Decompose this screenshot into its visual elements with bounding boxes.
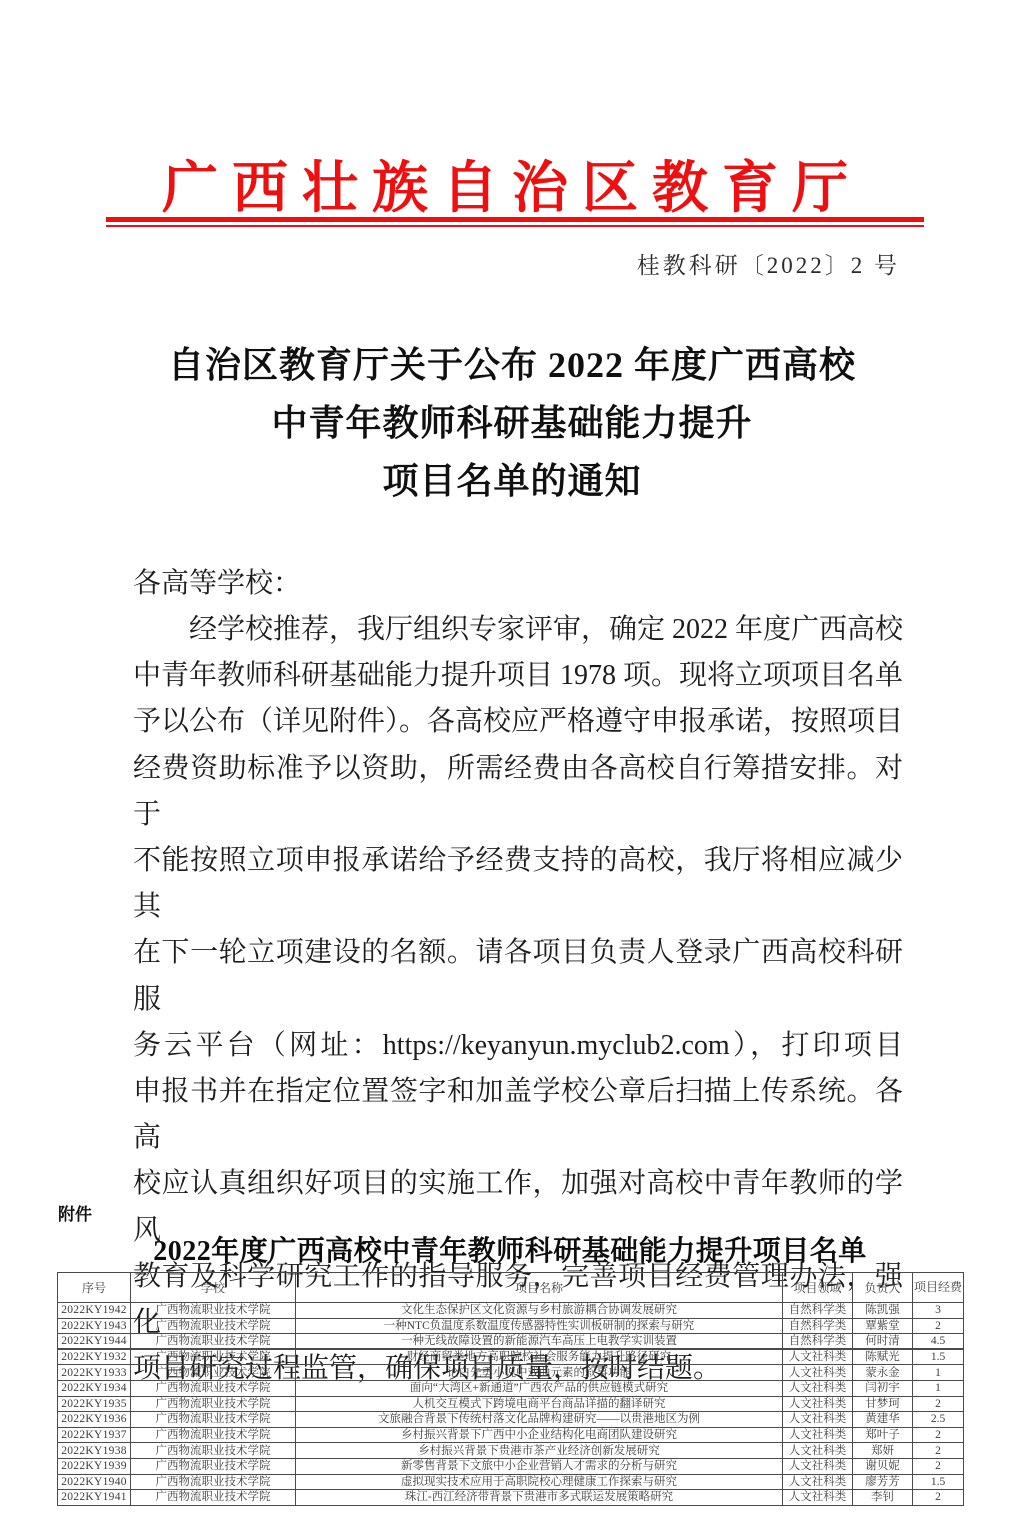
cell-school: 广西物流职业技术学院: [131, 1490, 296, 1506]
cell-project-field: 人文社科类: [783, 1458, 853, 1474]
cell-school: 广西物流职业技术学院: [131, 1349, 296, 1365]
cell-leader: 黄建华: [853, 1412, 913, 1428]
cell-project-field: 人文社科类: [783, 1412, 853, 1428]
body-line: 予以公布（详见附件）。各高校应严格遵守申报承诺，按照项目: [133, 699, 903, 745]
cell-project-code: 2022KY1937: [58, 1427, 131, 1443]
table-row: 2022KY1934广西物流职业技术学院面向“大湾区+新通道”广西农产品的供应链…: [58, 1380, 964, 1396]
table-row: 2022KY1932广西物流职业技术学院财经商贸类地方高职院校社会服务能力提升路…: [58, 1349, 964, 1365]
cell-fund: 2: [913, 1490, 964, 1506]
cell-project-name: 一种无线故障设置的新能源汽车高压上电教学实训装置: [296, 1334, 783, 1350]
cell-project-name: 面向“大湾区+新通道”广西农产品的供应链模式研究: [296, 1380, 783, 1396]
table-body: 2022KY1942广西物流职业技术学院文化生态保护区文化资源与乡村旅游耦合协调…: [58, 1303, 964, 1506]
cell-project-code: 2022KY1934: [58, 1380, 131, 1396]
cell-project-code: 2022KY1942: [58, 1303, 131, 1319]
body-line: 在下一轮立项建设的名额。请各项目负责人登录广西高校科研服: [133, 930, 903, 1022]
table-header-row: 序号 学校 项目名称 项目领域 负责人 项目经费 （万元）: [58, 1273, 964, 1303]
body-line: 申报书并在指定位置签字和加盖学校公章后扫描上传系统。各高: [133, 1069, 903, 1161]
cell-project-field: 人文社科类: [783, 1380, 853, 1396]
cell-school: 广西物流职业技术学院: [131, 1412, 296, 1428]
table-row: 2022KY1933广西物流职业技术学院论白先勇小说中戏曲元素的叙事功能人文社科…: [58, 1365, 964, 1381]
cell-project-field: 人文社科类: [783, 1365, 853, 1381]
cell-fund: 2: [913, 1443, 964, 1459]
cell-project-name: 新零售背景下文旅中小企业营销人才需求的分析与研究: [296, 1458, 783, 1474]
cell-leader: 何时清: [853, 1334, 913, 1350]
cell-fund: 1.5: [913, 1349, 964, 1365]
cell-fund: 4.5: [913, 1334, 964, 1350]
cell-project-field: 自然科学类: [783, 1334, 853, 1350]
letterhead-rule-thick: [106, 217, 924, 222]
cell-fund: 1: [913, 1380, 964, 1396]
doc-number: 桂教科研〔2022〕2 号: [637, 247, 900, 280]
header-project-name: 项目名称: [296, 1273, 783, 1303]
cell-project-field: 自然科学类: [783, 1303, 853, 1319]
cell-leader: 郑叶子: [853, 1427, 913, 1443]
attachment-label: 附件: [58, 1200, 92, 1225]
cell-project-name: 人机交互模式下跨境电商平台商品详描的翻译研究: [296, 1396, 783, 1412]
table-row: 2022KY1935广西物流职业技术学院人机交互模式下跨境电商平台商品详描的翻译…: [58, 1396, 964, 1412]
cell-fund: 2: [913, 1396, 964, 1412]
cell-project-code: 2022KY1939: [58, 1458, 131, 1474]
table-row: 2022KY1943广西物流职业技术学院一种NTC负温度系数温度传感器特性实训板…: [58, 1318, 964, 1334]
table-row: 2022KY1938广西物流职业技术学院乡村振兴背景下贵港市茶产业经济创新发展研…: [58, 1443, 964, 1459]
cell-leader: 谢贝妮: [853, 1458, 913, 1474]
cell-fund: 1.5: [913, 1474, 964, 1490]
body-line: 中青年教师科研基础能力提升项目 1978 项。现将立项项目名单: [133, 653, 903, 699]
table-row: 2022KY1939广西物流职业技术学院新零售背景下文旅中小企业营销人才需求的分…: [58, 1458, 964, 1474]
cell-project-code: 2022KY1940: [58, 1474, 131, 1490]
cell-school: 广西物流职业技术学院: [131, 1396, 296, 1412]
cell-project-code: 2022KY1941: [58, 1490, 131, 1506]
cell-fund: 3: [913, 1303, 964, 1319]
cell-project-code: 2022KY1944: [58, 1334, 131, 1350]
cell-school: 广西物流职业技术学院: [131, 1443, 296, 1459]
notice-title: 自治区教育厅关于公布 2022 年度广西高校 中青年教师科研基础能力提升 项目名…: [0, 336, 1024, 510]
cell-project-field: 人文社科类: [783, 1474, 853, 1490]
cell-project-name: 虚拟现实技术应用于高职院校心理健康工作探索与研究: [296, 1474, 783, 1490]
document-page: 广西壮族自治区教育厅 桂教科研〔2022〕2 号 自治区教育厅关于公布 2022…: [0, 0, 1024, 1521]
cell-fund: 1: [913, 1365, 964, 1381]
cell-project-code: 2022KY1943: [58, 1318, 131, 1334]
cell-school: 广西物流职业技术学院: [131, 1303, 296, 1319]
table-row: 2022KY1944广西物流职业技术学院一种无线故障设置的新能源汽车高压上电教学…: [58, 1334, 964, 1350]
header-leader: 负责人: [853, 1273, 913, 1303]
cell-project-field: 人文社科类: [783, 1490, 853, 1506]
cell-project-code: 2022KY1935: [58, 1396, 131, 1412]
table-row: 2022KY1940广西物流职业技术学院虚拟现实技术应用于高职院校心理健康工作探…: [58, 1474, 964, 1490]
cell-project-name: 一种NTC负温度系数温度传感器特性实训板研制的探索与研究: [296, 1318, 783, 1334]
cell-project-name: 乡村振兴背景下贵港市茶产业经济创新发展研究: [296, 1443, 783, 1459]
cell-school: 广西物流职业技术学院: [131, 1458, 296, 1474]
cell-leader: 蒙永金: [853, 1365, 913, 1381]
cell-project-code: 2022KY1938: [58, 1443, 131, 1459]
cell-leader: 廖芳芳: [853, 1474, 913, 1490]
cell-project-field: 人文社科类: [783, 1443, 853, 1459]
attachment-table-title: 2022年度广西高校中青年教师科研基础能力提升项目名单: [57, 1229, 963, 1269]
cell-project-field: 自然科学类: [783, 1318, 853, 1334]
cell-project-code: 2022KY1936: [58, 1412, 131, 1428]
table-row: 2022KY1941广西物流职业技术学院珠江-西江经济带背景下贵港市多式联运发展…: [58, 1490, 964, 1506]
cell-leader: 覃紫堂: [853, 1318, 913, 1334]
header-fund: 项目经费 （万元）: [913, 1273, 964, 1303]
cell-project-name: 文旅融合背景下传统村落文化品牌构建研究——以贵港地区为例: [296, 1412, 783, 1428]
body-line: 不能按照立项申报承诺给予经费支持的高校，我厅将相应减少其: [133, 838, 903, 930]
cell-school: 广西物流职业技术学院: [131, 1334, 296, 1350]
cell-school: 广西物流职业技术学院: [131, 1380, 296, 1396]
cell-school: 广西物流职业技术学院: [131, 1474, 296, 1490]
body-line: 经学校推荐，我厅组织专家评审，确定 2022 年度广西高校: [133, 607, 903, 653]
notice-title-line: 项目名单的通知: [0, 452, 1024, 510]
cell-project-field: 人文社科类: [783, 1349, 853, 1365]
header-index: 序号: [58, 1273, 131, 1303]
header-project-field: 项目领域: [783, 1273, 853, 1303]
cell-project-name: 文化生态保护区文化资源与乡村旅游耦合协调发展研究: [296, 1303, 783, 1319]
letterhead-rule-thin: [106, 225, 924, 227]
notice-title-line: 自治区教育厅关于公布 2022 年度广西高校: [0, 336, 1024, 394]
cell-school: 广西物流职业技术学院: [131, 1318, 296, 1334]
cell-fund: 2: [913, 1458, 964, 1474]
cell-leader: 甘梦珂: [853, 1396, 913, 1412]
cell-project-name: 乡村振兴背景下广西中小企业结构化电商团队建设研究: [296, 1427, 783, 1443]
table-row: 2022KY1942广西物流职业技术学院文化生态保护区文化资源与乡村旅游耦合协调…: [58, 1303, 964, 1319]
cell-fund: 2: [913, 1427, 964, 1443]
table-row: 2022KY1937广西物流职业技术学院乡村振兴背景下广西中小企业结构化电商团队…: [58, 1427, 964, 1443]
table-row: 2022KY1936广西物流职业技术学院文旅融合背景下传统村落文化品牌构建研究—…: [58, 1412, 964, 1428]
cell-fund: 2.5: [913, 1412, 964, 1428]
cell-leader: 李钊: [853, 1490, 913, 1506]
cell-leader: 陈凯强: [853, 1303, 913, 1319]
cell-project-field: 人文社科类: [783, 1396, 853, 1412]
cell-project-name: 珠江-西江经济带背景下贵港市多式联运发展策略研究: [296, 1490, 783, 1506]
cell-school: 广西物流职业技术学院: [131, 1365, 296, 1381]
cell-leader: 闫初宇: [853, 1380, 913, 1396]
cell-project-code: 2022KY1932: [58, 1349, 131, 1365]
header-school: 学校: [131, 1273, 296, 1303]
notice-title-line: 中青年教师科研基础能力提升: [0, 394, 1024, 452]
cell-leader: 郑妍: [853, 1443, 913, 1459]
cell-project-name: 论白先勇小说中戏曲元素的叙事功能: [296, 1365, 783, 1381]
body-line: 经费资助标准予以资助，所需经费由各高校自行筹措安排。对于: [133, 746, 903, 838]
cell-school: 广西物流职业技术学院: [131, 1427, 296, 1443]
cell-fund: 2: [913, 1318, 964, 1334]
projects-table: 序号 学校 项目名称 项目领域 负责人 项目经费 （万元） 2022KY1942…: [57, 1272, 964, 1506]
cell-leader: 陈赋光: [853, 1349, 913, 1365]
cell-project-field: 人文社科类: [783, 1427, 853, 1443]
letterhead-org-name: 广西壮族自治区教育厅: [0, 144, 1024, 224]
salutation: 各高等学校：: [133, 561, 301, 601]
cell-project-name: 财经商贸类地方高职院校社会服务能力提升路径研究: [296, 1349, 783, 1365]
body-line: 务云平台（网址：https://keyanyun.myclub2.com），打印…: [133, 1023, 903, 1069]
cell-project-code: 2022KY1933: [58, 1365, 131, 1381]
